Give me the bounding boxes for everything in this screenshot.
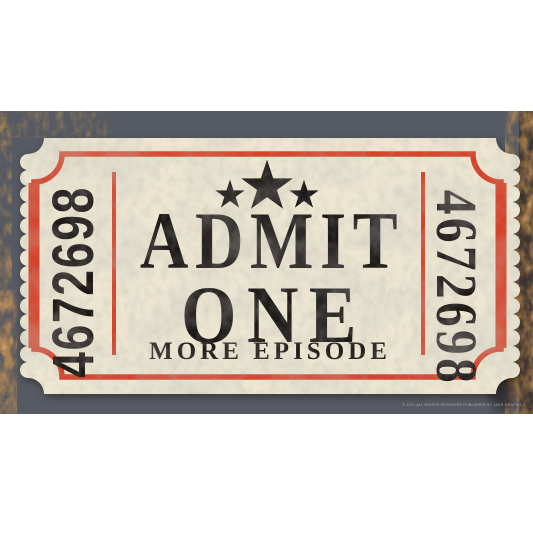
rust-topleft-specks: [0, 111, 90, 133]
metal-sign-background: ★ ★ ★ ADMIT ONE MORE EPISODE 4672698 467…: [0, 111, 533, 414]
rust-left-top: [0, 111, 10, 271]
ticket-graphic: ★ ★ ★ ADMIT ONE MORE EPISODE 4672698 467…: [20, 138, 520, 394]
grunge-texture: [20, 138, 520, 394]
vintage-ticket-poster: ★ ★ ★ ADMIT ONE MORE EPISODE 4672698 467…: [0, 0, 533, 533]
copyright-text: © 2021 ALL RIGHTS RESERVED PUBLISHED BY …: [402, 403, 525, 407]
rust-left-bottom2: [0, 341, 11, 414]
